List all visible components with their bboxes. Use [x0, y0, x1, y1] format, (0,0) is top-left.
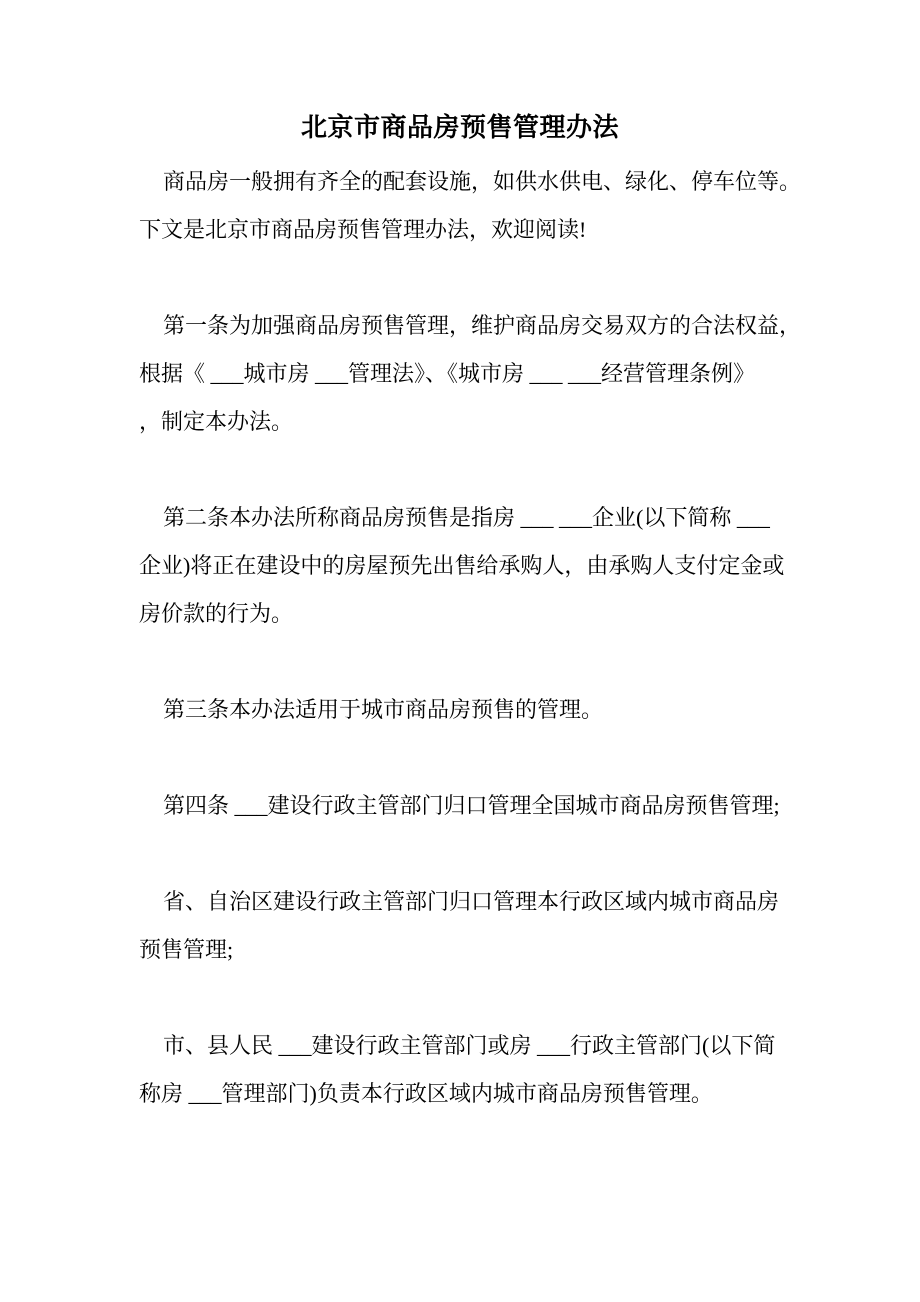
paragraph: 第三条本办法适用于城市商品房预售的管理。	[139, 686, 815, 734]
text-line: ，制定本办法。	[139, 398, 815, 446]
text-line: 预售管理;	[139, 926, 815, 974]
text-line: 第一条为加强商品房预售管理，维护商品房交易双方的合法权益，	[139, 302, 815, 350]
text-line: 称房 ___管理部门)负责本行政区域内城市商品房预售管理。	[139, 1070, 815, 1118]
text-line: 根据《 ___城市房 ___管理法》、《城市房 ___ ___经营管理条例》	[139, 350, 815, 398]
text-line: 市、县人民 ___建设行政主管部门或房 ___行政主管部门(以下简	[139, 1022, 815, 1070]
paragraph: 第二条本办法所称商品房预售是指房 ___ ___企业(以下简称 ___ 企业)将…	[139, 494, 815, 638]
document-body: 商品房一般拥有齐全的配套设施，如供水供电、绿化、停车位等。 下文是北京市商品房预…	[139, 153, 815, 1118]
document-page: 北京市商品房预售管理办法 商品房一般拥有齐全的配套设施，如供水供电、绿化、停车位…	[0, 0, 920, 1302]
text-line: 第二条本办法所称商品房预售是指房 ___ ___企业(以下简称 ___	[139, 494, 815, 542]
text-line: 省、自治区建设行政主管部门归口管理本行政区域内城市商品房	[139, 878, 815, 926]
document-title: 北京市商品房预售管理办法	[0, 104, 920, 152]
text-line: 第四条 ___建设行政主管部门归口管理全国城市商品房预售管理;	[139, 782, 815, 830]
text-line: 商品房一般拥有齐全的配套设施，如供水供电、绿化、停车位等。	[139, 158, 815, 206]
paragraph: 商品房一般拥有齐全的配套设施，如供水供电、绿化、停车位等。 下文是北京市商品房预…	[139, 158, 815, 254]
paragraph: 市、县人民 ___建设行政主管部门或房 ___行政主管部门(以下简 称房 ___…	[139, 1022, 815, 1118]
text-line: 下文是北京市商品房预售管理办法，欢迎阅读!	[139, 206, 815, 254]
paragraph: 省、自治区建设行政主管部门归口管理本行政区域内城市商品房 预售管理;	[139, 878, 815, 974]
text-line: 企业)将正在建设中的房屋预先出售给承购人，由承购人支付定金或	[139, 542, 815, 590]
text-line: 房价款的行为。	[139, 590, 815, 638]
text-line: 第三条本办法适用于城市商品房预售的管理。	[139, 686, 815, 734]
paragraph: 第一条为加强商品房预售管理，维护商品房交易双方的合法权益， 根据《 ___城市房…	[139, 302, 815, 446]
paragraph: 第四条 ___建设行政主管部门归口管理全国城市商品房预售管理;	[139, 782, 815, 830]
